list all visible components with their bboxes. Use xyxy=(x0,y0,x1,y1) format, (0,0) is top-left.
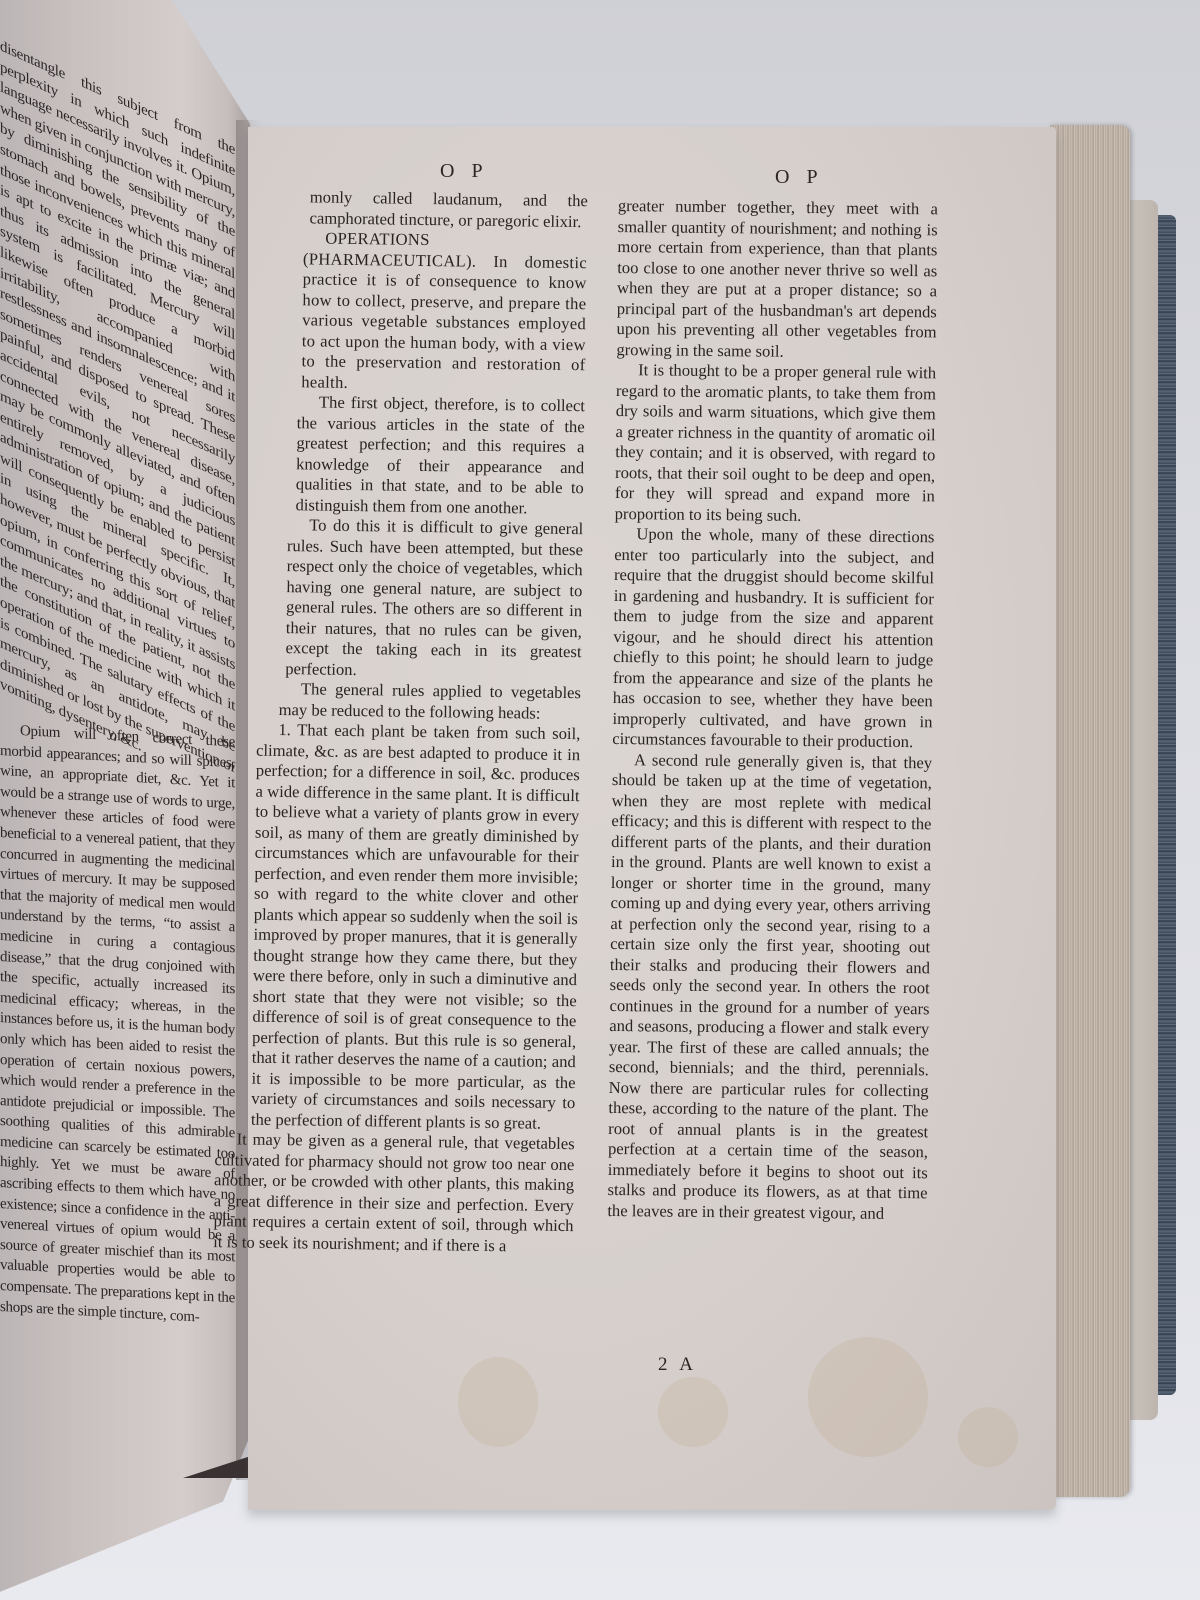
left-page-paragraph: disentangle this subject from the perple… xyxy=(0,36,235,800)
left-text-column: monly called laudanum, and the camphorat… xyxy=(197,186,588,1257)
water-stain xyxy=(958,1407,1018,1467)
left-page-column: disentangle this subject from the perple… xyxy=(0,0,235,695)
signature-mark: 2 A xyxy=(658,1354,697,1376)
water-stain xyxy=(658,1377,728,1447)
water-stain xyxy=(808,1337,928,1457)
rule-1: 1. That each plant be taken from such so… xyxy=(199,719,581,1134)
paragraph: It may be given as a general rule, that … xyxy=(197,1129,575,1257)
paragraph: The general rules applied to vegetables … xyxy=(205,678,582,724)
paragraph: monly called laudanum, and the camphorat… xyxy=(211,186,588,232)
paragraph: greater number together, they meet with … xyxy=(616,196,938,363)
water-stain xyxy=(458,1357,538,1447)
right-text-column: greater number together, they meet with … xyxy=(607,196,938,1224)
running-head-right: O P xyxy=(775,166,824,189)
entry-operations-pharmaceutical: OPERATIONS (PHARMACEUTICAL). In domestic… xyxy=(209,227,587,396)
paragraph: To do this it is difficult to give gener… xyxy=(205,514,583,683)
paragraph: The first object, therefore, is to colle… xyxy=(207,391,585,519)
paragraph: A second rule generally given is, that t… xyxy=(607,749,932,1224)
paragraph: It is thought to be a proper general rul… xyxy=(615,360,937,527)
running-head-left: O P xyxy=(440,160,489,183)
page-block-edges xyxy=(1050,125,1130,1497)
paragraph: Upon the whole, many of these directions… xyxy=(612,524,934,753)
